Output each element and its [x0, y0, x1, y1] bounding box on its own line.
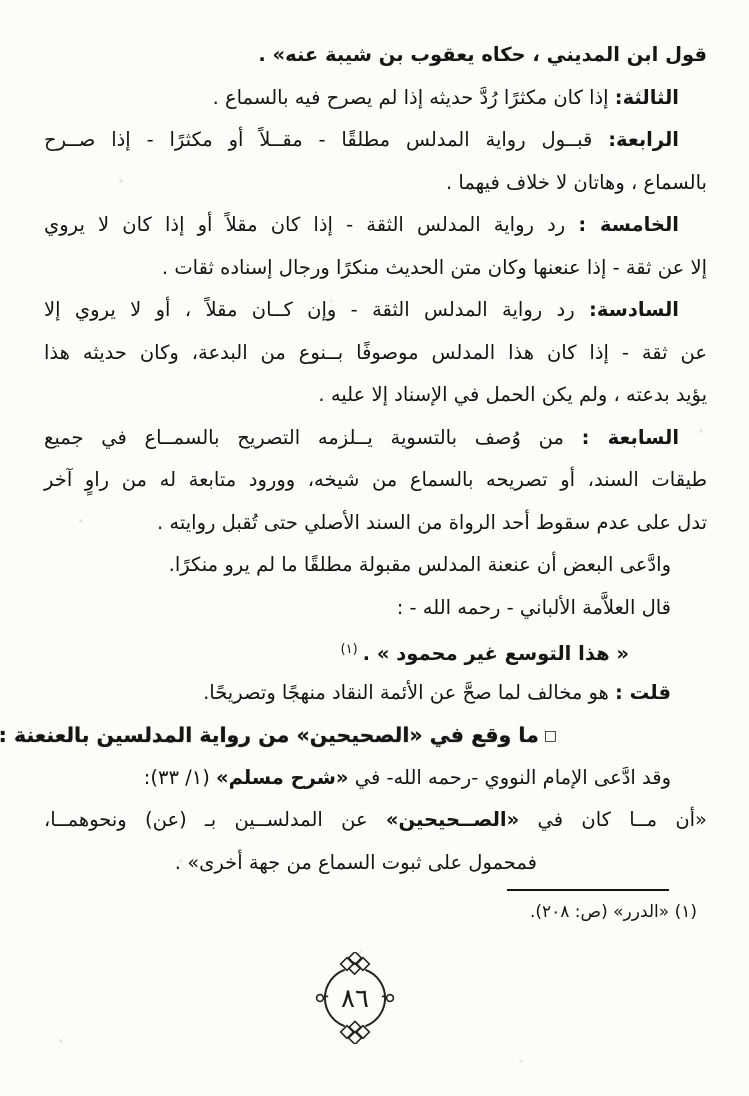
text-line: وقد ادَّعى الإمام النووي -رحمه الله- في …	[44, 757, 707, 800]
footnote-text: (١) «الدرر» (ص: ٢٠٨).	[530, 902, 697, 922]
page-number-area: ٨٦	[0, 952, 749, 1048]
text-line: «أن مــا كان في «الصــحيحين» عن المدلســ…	[44, 799, 707, 842]
text-line: بالسماع ، وهاتان لا خلاف فيهما .	[44, 162, 707, 205]
quote-text: « هذا التوسع غير محمود » .	[363, 642, 629, 665]
footnote: (١) «الدرر» (ص: ٢٠٨).	[44, 891, 707, 925]
line-text: «أن مــا كان في	[519, 808, 707, 831]
text-line: طيقات السند، أو تصريحه بالسماع من شيخه، …	[44, 459, 707, 502]
text-line: فمحمول على ثبوت السماع من جهة أخرى» .	[44, 842, 707, 885]
text-line: الرابعة: قبــول رواية المدلس مطلقًا - مق…	[44, 119, 707, 162]
item-label-qultu: قلت :	[615, 681, 671, 704]
line-text: إذا كان مكثرًا رُدَّ حديثه إذا لم يصرح ف…	[213, 86, 615, 109]
line-text: (١/ ٣٣):	[144, 766, 216, 789]
line-text: وادَّعى البعض أن عنعنة المدلس مقبولة مطل…	[169, 553, 671, 576]
item-label-fourth: الرابعة:	[608, 128, 679, 151]
line-text: وقد ادَّعى الإمام النووي -رحمه الله- في	[349, 766, 671, 789]
scan-noise	[0, 0, 2, 2]
square-bullet-icon: □	[544, 715, 557, 758]
line-text: عن ثقة - إذا كان هذا المدلس موصوفًا بــن…	[44, 341, 707, 364]
line-text: من وُصف بالتسوية يــلزمه التصريح بالسمــ…	[44, 426, 582, 449]
ornament-top-knot	[340, 952, 369, 974]
line-text: قبــول رواية المدلس مطلقًا - مقــلاً أو …	[44, 128, 608, 151]
text-line: قلت : هو مخالف لما صحَّ عن الأئمة النقاد…	[44, 672, 707, 715]
text-line: عن ثقة - إذا كان هذا المدلس موصوفًا بــن…	[44, 332, 707, 375]
ornament-bottom-knot	[340, 1021, 369, 1044]
text-line: الثالثة: إذا كان مكثرًا رُدَّ حديثه إذا …	[44, 77, 707, 120]
line-text: تدل على عدم سقوط أحد الرواة من السند الأ…	[157, 511, 707, 534]
footnote-marker: (١)	[341, 642, 358, 657]
line-text: رد رواية المدلس الثقة - إذا كان مقلاً أو…	[44, 213, 578, 236]
line-text: إلا عن ثقة - إذا عنعنها وكان متن الحديث …	[162, 256, 707, 279]
text-line: تدل على عدم سقوط أحد الرواة من السند الأ…	[44, 502, 707, 545]
text-line: قول ابن المديني ، حكاه يعقوب بن شيبة عنه…	[44, 34, 707, 77]
heading-text: ما وقع في «الصحيحين» من رواية المدلسين ب…	[0, 723, 539, 747]
section-heading: □ما وقع في «الصحيحين» من رواية المدلسين …	[44, 714, 707, 757]
page-number: ٨٦	[341, 984, 369, 1014]
item-label-third: الثالثة:	[615, 86, 679, 109]
text-line: الخامسة : رد رواية المدلس الثقة - إذا كا…	[44, 204, 707, 247]
line-text: قال العلاَّمة الألباني - رحمه الله - :	[397, 596, 671, 619]
line-text: قول ابن المديني ، حكاه يعقوب بن شيبة عنه…	[258, 43, 707, 66]
line-text: طيقات السند، أو تصريحه بالسماع من شيخه، …	[44, 468, 707, 491]
page-number-ornament: ٨٦	[299, 952, 411, 1044]
block-quote-albani: « هذا التوسع غير محمود » .(١)	[44, 629, 707, 672]
text-line: وادَّعى البعض أن عنعنة المدلس مقبولة مطل…	[44, 544, 707, 587]
line-text: بالسماع ، وهاتان لا خلاف فيهما .	[446, 171, 707, 194]
page-body-text: قول ابن المديني ، حكاه يعقوب بن شيبة عنه…	[44, 34, 707, 925]
book-title: «الصــحيحين»	[386, 808, 519, 831]
text-line: السابعة : من وُصف بالتسوية يــلزمه التصر…	[44, 417, 707, 460]
text-line: يؤيد بدعته ، ولم يكن الحمل في الإسناد إل…	[44, 374, 707, 417]
line-text: يؤيد بدعته ، ولم يكن الحمل في الإسناد إل…	[318, 383, 707, 406]
text-line: السادسة: رد رواية المدلس الثقة - وإن كــ…	[44, 289, 707, 332]
book-page: قول ابن المديني ، حكاه يعقوب بن شيبة عنه…	[0, 0, 749, 1096]
book-title: «شرح مسلم»	[216, 766, 349, 789]
item-label-fifth: الخامسة :	[578, 213, 679, 236]
text-line: قال العلاَّمة الألباني - رحمه الله - :	[44, 587, 707, 630]
line-text: هو مخالف لما صحَّ عن الأئمة النقاد منهجً…	[203, 681, 615, 704]
line-text: فمحمول على ثبوت السماع من جهة أخرى» .	[175, 851, 537, 874]
item-label-seventh: السابعة :	[582, 426, 679, 449]
item-label-sixth: السادسة:	[589, 298, 679, 321]
footnote-divider	[507, 889, 669, 891]
line-text: رد رواية المدلس الثقة - وإن كــان مقلاً …	[44, 298, 589, 321]
line-text: عن المدلســين بـ (عن) ونحوهمــا،	[44, 808, 386, 831]
text-line: إلا عن ثقة - إذا عنعنها وكان متن الحديث …	[44, 247, 707, 290]
